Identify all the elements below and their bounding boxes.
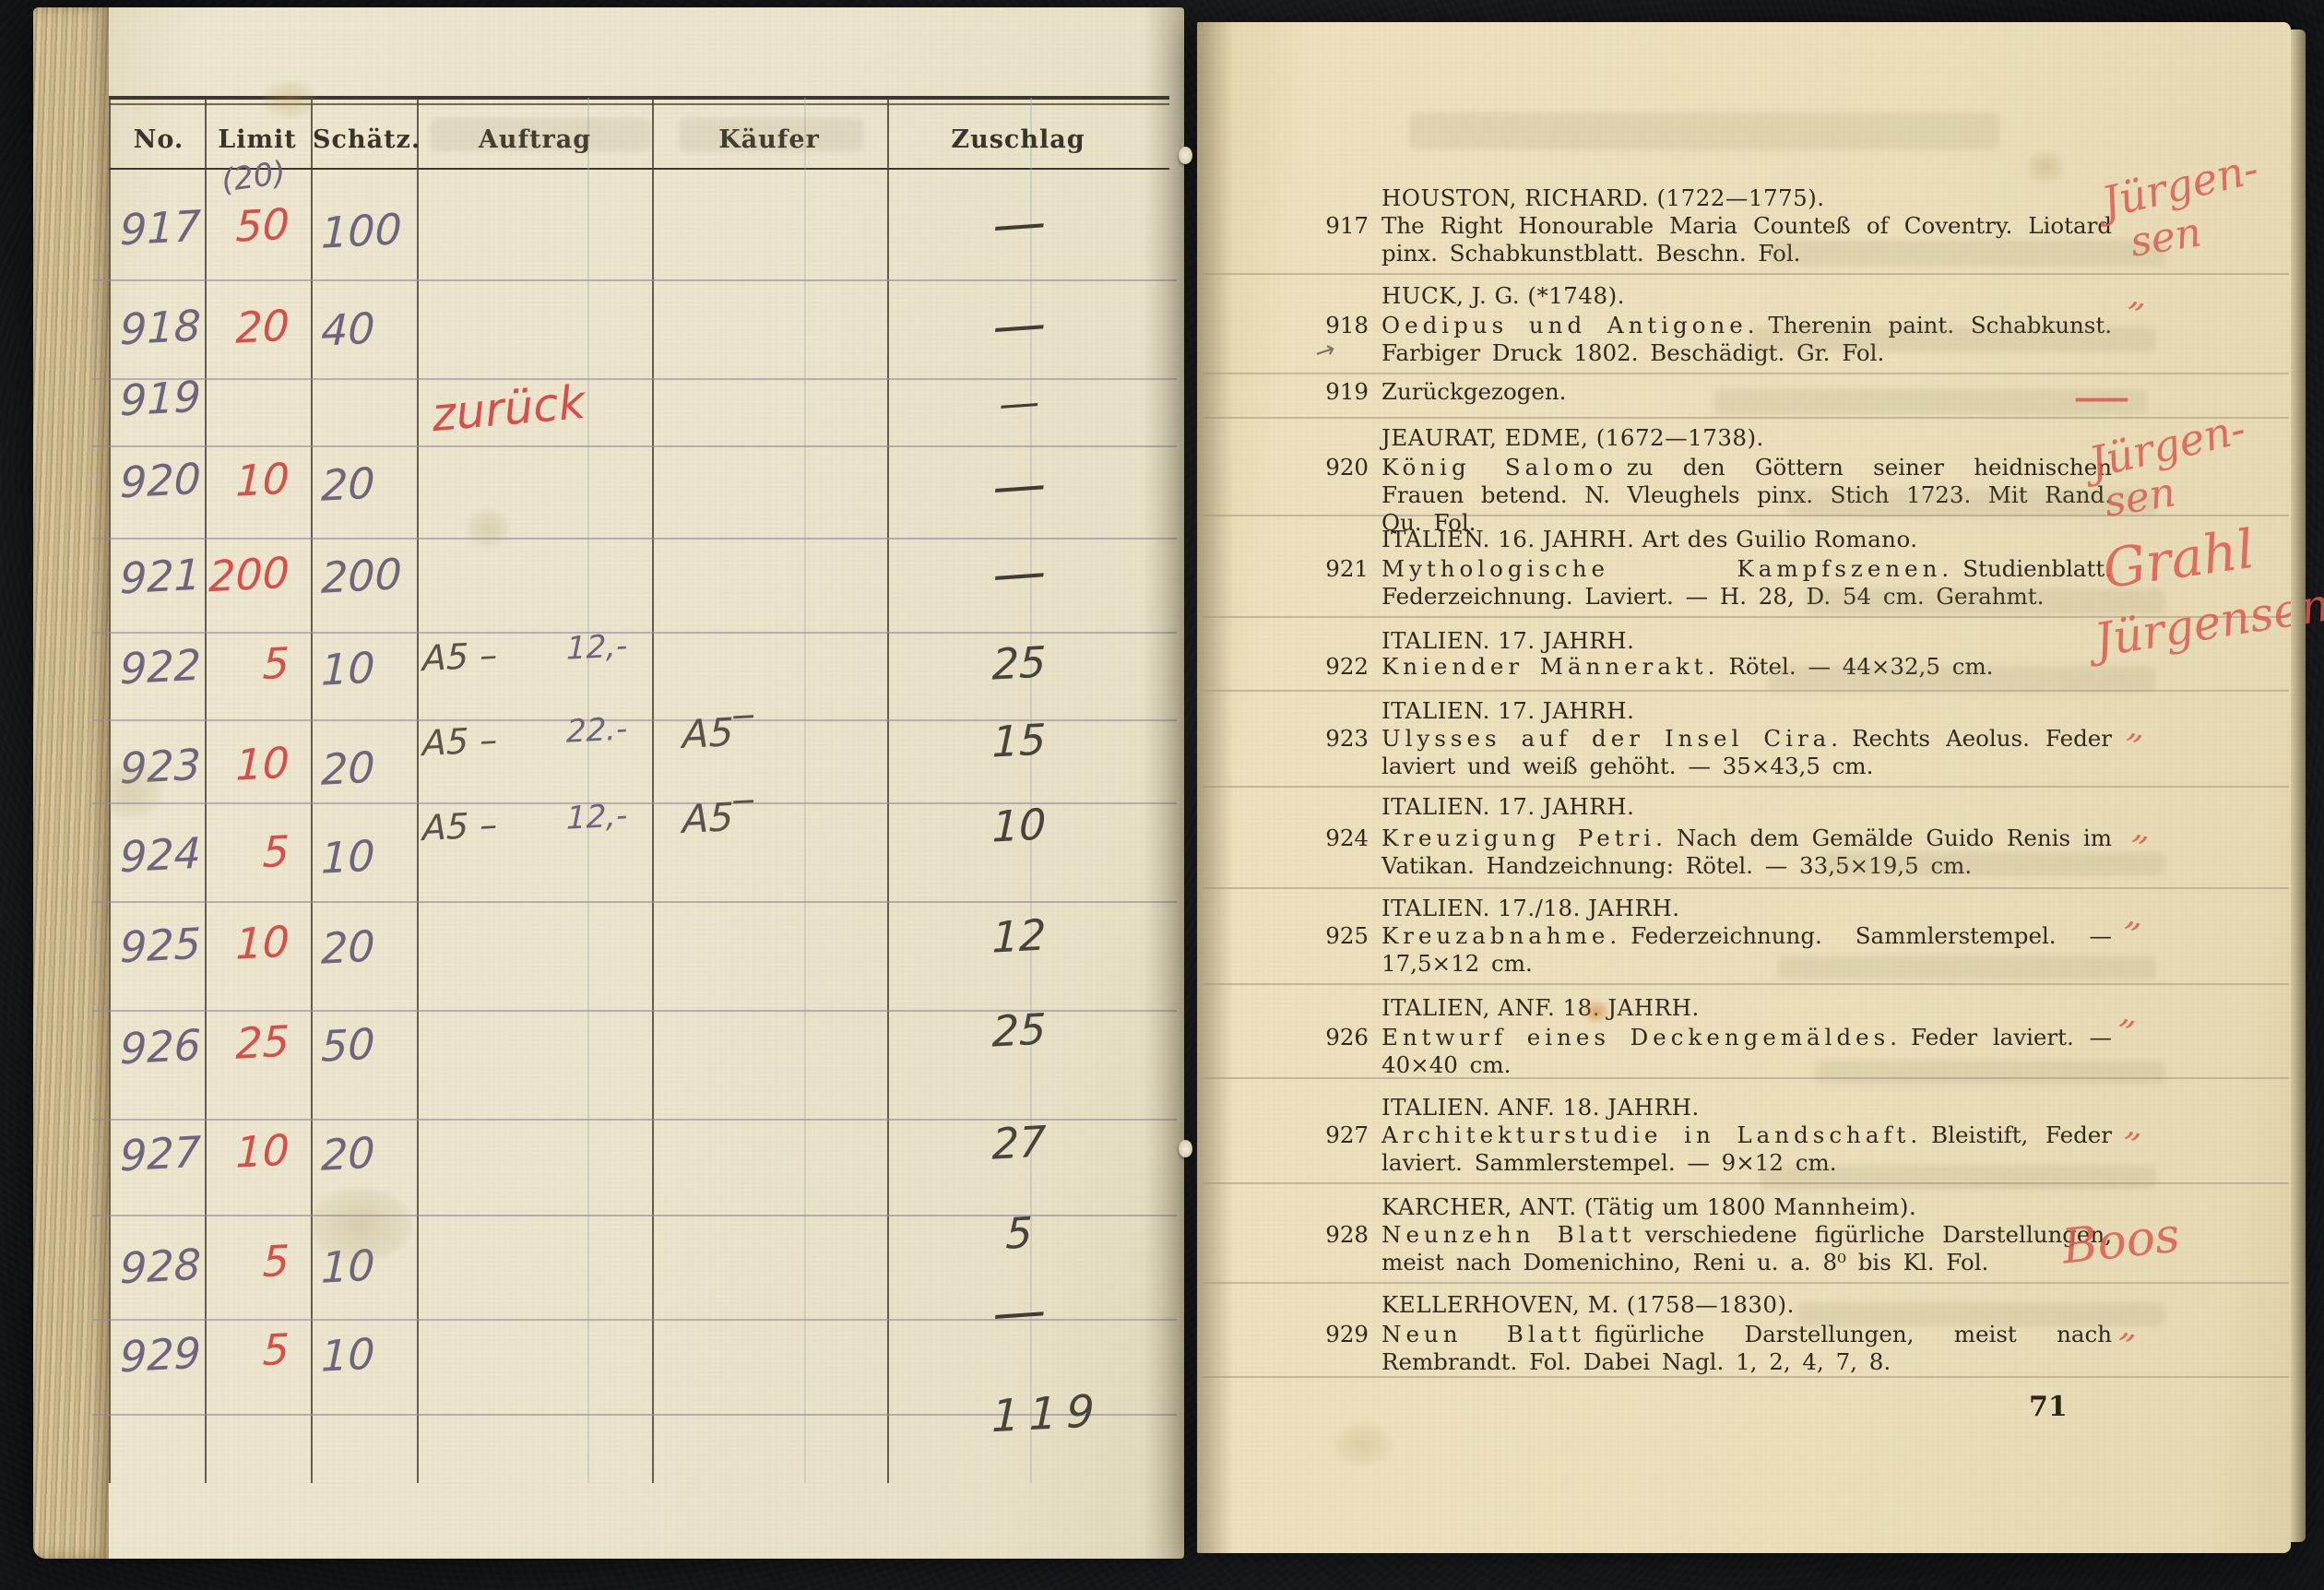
handwritten-limit: 5 [205, 638, 290, 693]
hammer-price: 12 [950, 908, 1089, 965]
hammer-price: 27 [950, 1114, 1089, 1171]
artist-header: ITALIEN. 17. JAHRH. [1381, 793, 2119, 820]
entry-text: Neunzehn Blattverschiedene figürliche Da… [1381, 1221, 2112, 1276]
handwritten-limit: 5 [205, 1236, 290, 1290]
entry-number: 921 [1308, 555, 1369, 582]
table-row-line [92, 901, 1177, 903]
entry-number: 918 [1308, 312, 1369, 338]
entry-text: Ulysses auf der Insel Cira.Rechts Aeolus… [1381, 725, 2112, 780]
ditto-mark: ” [2111, 1324, 2139, 1368]
handwritten-estimate: 20 [321, 454, 451, 510]
hammer-price-dash: — [948, 187, 1090, 259]
buyer-code: A5‾ [682, 708, 753, 757]
buyer-annotation: Boos [2059, 1207, 2182, 1275]
handwritten-estimate: 40 [321, 299, 451, 355]
auftrag-price: 12,- [566, 797, 628, 837]
entry-number: 925 [1308, 922, 1369, 949]
column-header-schaetz: Schätz. [313, 125, 414, 154]
photographed-auction-ledger: No. Limit Schätz. Auftrag Käufer Zuschla… [0, 0, 2324, 1590]
handwritten-lot-number: 920 [118, 454, 204, 508]
entry-separator [1203, 273, 2289, 275]
handwritten-lot-number: 917 [118, 201, 204, 255]
paper-stain [2027, 151, 2064, 183]
entry-number: 929 [1308, 1321, 1369, 1347]
hammer-price: 25 [950, 635, 1089, 692]
entry-title: Ulysses auf der Insel Cira. [1381, 725, 1843, 752]
bleed-through-smudge [1824, 852, 2165, 876]
handwritten-limit: 10 [205, 738, 290, 792]
handwritten-limit: 5 [205, 826, 290, 881]
bleed-through-smudge [1409, 113, 1999, 149]
withdrawn-note: zurück [430, 375, 587, 442]
entry-title: Mythologische Kampfszenen. [1381, 555, 1953, 582]
artist-header: ITALIEN. 17. JAHRH. [1381, 697, 2119, 724]
entry-separator [1203, 1282, 2289, 1284]
bleed-through-smudge [1815, 1061, 2165, 1085]
bleed-through-smudge [679, 118, 863, 151]
auftrag-code: A5 – [422, 804, 498, 848]
handwritten-limit: 10 [205, 917, 290, 971]
hammer-price-dash: — [948, 537, 1090, 609]
bleed-through-smudge [1806, 588, 2165, 614]
handwritten-estimate: 50 [321, 1015, 451, 1071]
crossed-out-limit: (20) [219, 154, 289, 199]
handwritten-lot-number: 927 [118, 1127, 204, 1181]
hammer-price-dash: — [948, 375, 1089, 432]
bleed-through-smudge [430, 118, 651, 151]
entry-title: Entwurf eines Deckengemäldes. [1381, 1024, 1902, 1050]
hammer-price-dash: — [948, 449, 1090, 521]
artist-header: HUCK, J. G. (*1748). [1381, 282, 2119, 309]
ditto-mark: ” [2116, 1123, 2144, 1167]
page-edge-stack [33, 7, 109, 1559]
handwritten-lot-number: 924 [118, 828, 204, 883]
bleed-through-smudge [1760, 1166, 2156, 1190]
handwritten-estimate: 20 [321, 917, 451, 973]
handwritten-limit: 200 [205, 548, 290, 602]
hammer-price: 10 [950, 797, 1089, 854]
artist-header: HOUSTON, RICHARD. (1722—1775). [1381, 184, 2119, 211]
handwritten-limit: 25 [205, 1016, 290, 1071]
ditto-mark: ” [2116, 913, 2144, 956]
table-row-line [92, 538, 1177, 540]
entry-number: 920 [1308, 454, 1369, 481]
bleed-through-smudge [1750, 326, 2156, 352]
handwritten-lot-number: 918 [118, 301, 204, 355]
bleed-through-smudge [1713, 389, 2147, 415]
entry-number: 927 [1308, 1121, 1369, 1148]
entry-title: Neunzehn Blatt [1381, 1221, 1636, 1248]
hammer-price: 15 [950, 712, 1089, 769]
auftrag-price: 12,- [566, 627, 628, 668]
handwritten-estimate: 100 [321, 201, 451, 257]
entry-number: 928 [1308, 1221, 1369, 1248]
buyer-code: A5‾ [682, 793, 753, 842]
handwritten-estimate: 200 [321, 546, 451, 602]
hammer-price-dash: — [948, 1276, 1090, 1347]
entry-separator [1203, 983, 2289, 985]
auftrag-code: A5 – [422, 719, 498, 764]
entry-title: König Salomo [1381, 454, 1618, 481]
entry-number: 917 [1308, 212, 1369, 239]
column-divider [887, 98, 889, 1483]
entry-separator [1203, 887, 2289, 889]
handwritten-limit: 10 [205, 1125, 290, 1180]
handwritten-limit: 50 [205, 199, 290, 254]
paper-stain [1335, 1424, 1391, 1465]
handwritten-lot-number: 921 [118, 550, 204, 604]
handwritten-lot-number: 922 [118, 640, 204, 694]
handwritten-limit: 5 [205, 1324, 290, 1379]
column-divider [652, 98, 654, 1483]
ditto-mark: ” [2118, 725, 2146, 768]
bleed-through-smudge [1787, 491, 2156, 516]
artist-header: ITALIEN. 16. JAHRH. Art des Guilio Roman… [1381, 526, 2119, 552]
handwritten-lot-number: 929 [118, 1328, 204, 1382]
handwritten-estimate: 10 [321, 1324, 451, 1381]
artist-header: ITALIEN, ANF. 18. JAHRH. [1381, 994, 2119, 1021]
column-header-zuschlag: Zuschlag [926, 125, 1110, 154]
entry-title: Kreuzabnahme. [1381, 922, 1621, 949]
auftrag-price: 22.- [566, 710, 628, 751]
left-page: No. Limit Schätz. Auftrag Käufer Zuschla… [33, 7, 1184, 1559]
handwritten-lot-number: 919 [118, 372, 204, 426]
page-total: 119 [974, 1384, 1122, 1444]
bleed-through-smudge [1769, 240, 2165, 266]
entry-title: Oedipus und Antigone. [1381, 312, 1760, 338]
handwritten-estimate: 20 [321, 1123, 451, 1180]
entry-number: 926 [1308, 1024, 1369, 1050]
entry-title: Architekturstudie in Landschaft. [1381, 1121, 1922, 1148]
auftrag-code: A5 – [422, 635, 498, 679]
entry-title: Kreuzigung Petri. [1381, 825, 1667, 851]
pencil-arrow-mark: → [1311, 335, 1339, 367]
artist-header: ITALIEN. 17./18. JAHRH. [1381, 895, 2119, 921]
paper-stain [310, 1188, 411, 1262]
entry-number: 922 [1308, 653, 1369, 680]
entry-title: Kniender Männerakt. [1381, 653, 1719, 680]
entry-number: 924 [1308, 825, 1369, 851]
page-number: 71 [2029, 1391, 2068, 1423]
entry-number: 923 [1308, 725, 1369, 752]
foxing-spot [1584, 1002, 1608, 1022]
bleed-through-smudge [1778, 955, 2156, 979]
table-row-line [92, 632, 1177, 634]
table-row-line [92, 445, 1177, 447]
paper-stain [98, 764, 162, 819]
paper-stain [467, 510, 509, 547]
binding-stitch [1179, 1140, 1192, 1157]
hammer-price: 5 [950, 1204, 1089, 1262]
entry-separator [1203, 786, 2289, 788]
artist-header: ITALIEN. ANF. 18. JAHRH. [1381, 1094, 2119, 1121]
handwritten-lot-number: 928 [118, 1240, 204, 1294]
hammer-price-dash: — [948, 289, 1090, 361]
handwritten-limit: 10 [205, 454, 290, 508]
entry-text: Neun Blattfigürliche Darstellungen, meis… [1381, 1321, 2112, 1376]
artist-header: ITALIEN. 17. JAHRH. [1381, 627, 2119, 654]
entry-description: Zurückgezogen. [1381, 378, 1566, 405]
entry-title: Neun Blatt [1381, 1321, 1585, 1347]
ledger-grid-line [804, 98, 806, 1483]
table-row-line [92, 279, 1177, 281]
entry-number: 919 [1308, 378, 1369, 405]
binding-stitch [1179, 147, 1192, 164]
bleed-through-smudge [1769, 666, 2156, 692]
right-page: HOUSTON, RICHARD. (1722—1775). 917 The R… [1197, 22, 2291, 1553]
column-header-limit: Limit [207, 125, 308, 154]
handwritten-lot-number: 926 [118, 1020, 204, 1074]
entry-separator [1203, 1376, 2289, 1378]
hammer-price: 25 [950, 1002, 1089, 1059]
ledger-grid-line [587, 98, 589, 1483]
artist-header: KARCHER, ANT. (Tätig um 1800 Mannheim). [1381, 1193, 2119, 1220]
handwritten-lot-number: 925 [118, 919, 204, 973]
paper-stain [264, 81, 315, 118]
bleed-through-smudge [1796, 1302, 2165, 1326]
artist-header: JEAURAT, EDME, (1672—1738). [1381, 424, 2119, 451]
column-divider [311, 98, 313, 1483]
handwritten-limit: 20 [205, 301, 290, 355]
column-header-no: No. [120, 125, 197, 154]
